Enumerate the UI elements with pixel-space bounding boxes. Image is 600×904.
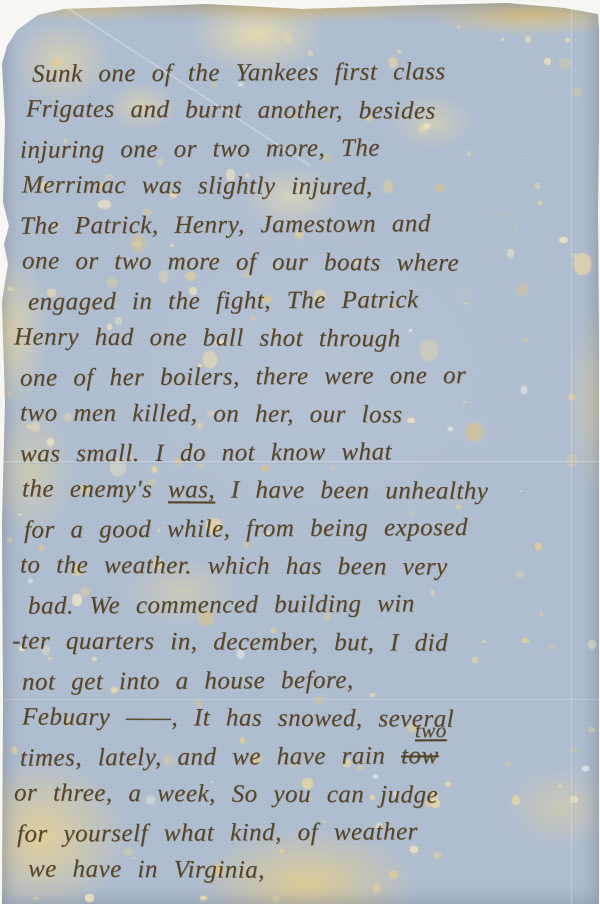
letter-line: was small. I do not know what xyxy=(20,432,599,474)
letter-line: Febuary ——, It has snowed, several xyxy=(22,698,599,739)
letter-line: not get into a house before, xyxy=(22,660,599,702)
letter-line: engaged in the fight, The Patrick xyxy=(28,280,599,321)
letter-line: to the weather. which has been very xyxy=(20,546,599,587)
letter-line: one or two more of our boats where xyxy=(22,242,599,283)
letter-text-segment: the enemy's xyxy=(22,475,168,503)
letter-line: or three, a week, So you can judge xyxy=(14,774,599,815)
letter-line: Merrimac was slightly injured, xyxy=(22,166,599,207)
letter-line: the enemy's was, I have been unhealthy xyxy=(22,470,599,511)
letter-line: two men killed, on her, our loss xyxy=(20,394,599,435)
letter-line: times, lately, and we have rain towtwo xyxy=(20,736,599,778)
letter-line: one of her boilers, there were one or xyxy=(20,356,599,398)
struck-word: tow xyxy=(401,742,439,769)
stain-speck xyxy=(592,5,598,11)
letter-body: Sunk one of the Yankees first class Frig… xyxy=(2,2,599,890)
letter-line: for a good while, from being exposed xyxy=(24,508,599,550)
letter-page: Sunk one of the Yankees first class Frig… xyxy=(2,2,599,904)
letter-line: Frigates and burnt another, besides xyxy=(26,91,599,132)
letter-line: The Patrick, Henry, Jamestown and xyxy=(20,204,599,246)
letter-line: bad. We commenced building win xyxy=(28,584,599,625)
correction-group: towtwo xyxy=(401,737,439,775)
letter-line: injuring one or two more, The xyxy=(20,128,599,170)
letter-text-segment: I have been unhealthy xyxy=(215,477,488,505)
letter-line: Sunk one of the Yankees first class xyxy=(32,52,599,93)
stain-speck xyxy=(200,896,207,900)
stain-speck xyxy=(85,894,94,903)
letter-line: for yourself what kind, of weather xyxy=(17,812,599,854)
letter-line: we have in Virginia, xyxy=(28,851,599,892)
stain-speck xyxy=(33,897,37,900)
inserted-word: two xyxy=(415,720,447,740)
stain-speck xyxy=(273,896,279,902)
letter-line: Henry had one ball shot through xyxy=(14,318,599,359)
stain-speck xyxy=(32,8,40,16)
letter-text-segment: times, lately, and we have rain xyxy=(20,742,401,771)
underlined-word: was, xyxy=(168,476,215,503)
letter-line: -ter quarters in, december, but, I did xyxy=(12,622,599,663)
